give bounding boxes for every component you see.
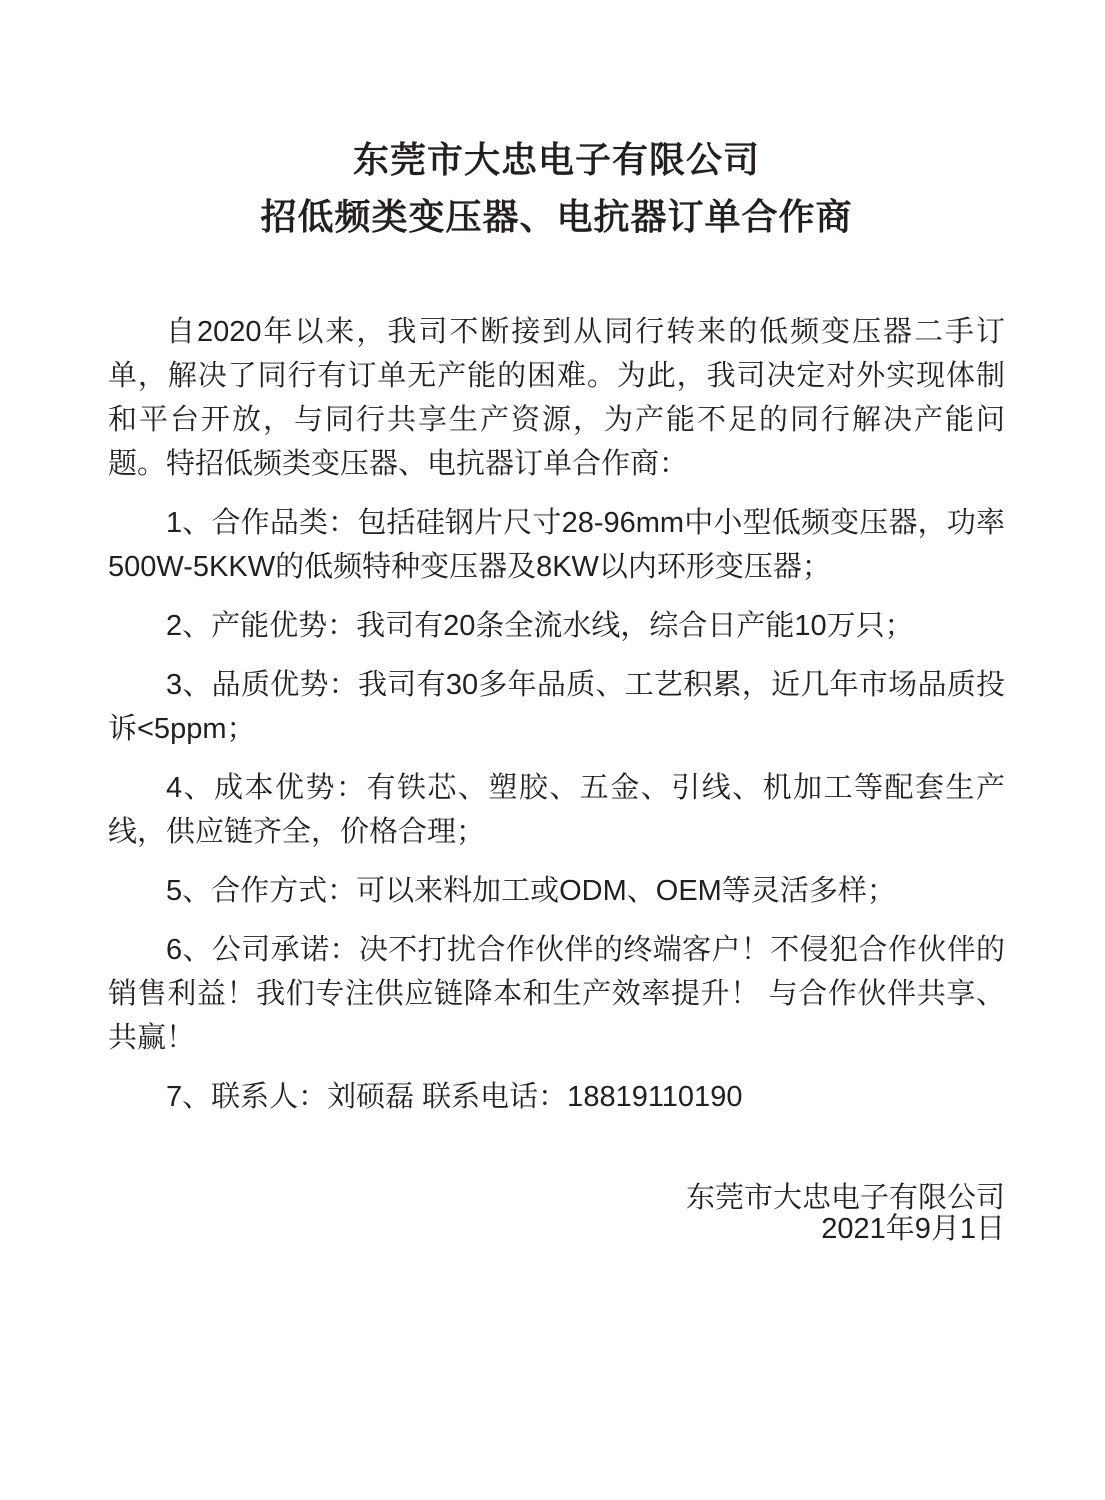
list-item-1: 1、合作品类：包括硅钢片尺寸28-96mm中小型低频变压器，功率500W-5KK… <box>108 501 1005 589</box>
body-text: 自2020年以来，我司不断接到从同行转来的低频变压器二手订单，解决了同行有订单无… <box>108 310 1005 1119</box>
list-item-6: 6、公司承诺：决不打扰合作伙伴的终端客户！不侵犯合作伙伴的销售利益！我们专注供应… <box>108 928 1005 1060</box>
doc-title: 东莞市大忠电子有限公司 <box>108 140 1005 180</box>
list-item-7: 7、联系人：刘硕磊 联系电话：18819110190 <box>108 1075 1005 1119</box>
list-item-5: 5、合作方式：可以来料加工或ODM、OEM等灵活多样； <box>108 869 1005 913</box>
list-item-4: 4、成本优势：有铁芯、塑胶、五金、引线、机加工等配套生产线，供应链齐全，价格合理… <box>108 766 1005 854</box>
list-item-2: 2、产能优势：我司有20条全流水线，综合日产能10万只； <box>108 604 1005 648</box>
list-item-3: 3、品质优势：我司有30多年品质、工艺积累，近几年市场品质投诉<5ppm； <box>108 663 1005 751</box>
signature-block: 东莞市大忠电子有限公司 2021年9月1日 <box>686 1183 1005 1245</box>
signature-date: 2021年9月1日 <box>686 1214 1005 1245</box>
doc-subtitle: 招低频类变压器、电抗器订单合作商 <box>108 197 1005 237</box>
document-page: 东莞市大忠电子有限公司 招低频类变压器、电抗器订单合作商 自2020年以来，我司… <box>0 0 1105 1500</box>
intro-paragraph: 自2020年以来，我司不断接到从同行转来的低频变压器二手订单，解决了同行有订单无… <box>108 310 1005 486</box>
signature-company: 东莞市大忠电子有限公司 <box>686 1183 1005 1214</box>
document-content: 东莞市大忠电子有限公司 招低频类变压器、电抗器订单合作商 自2020年以来，我司… <box>108 0 1005 1119</box>
